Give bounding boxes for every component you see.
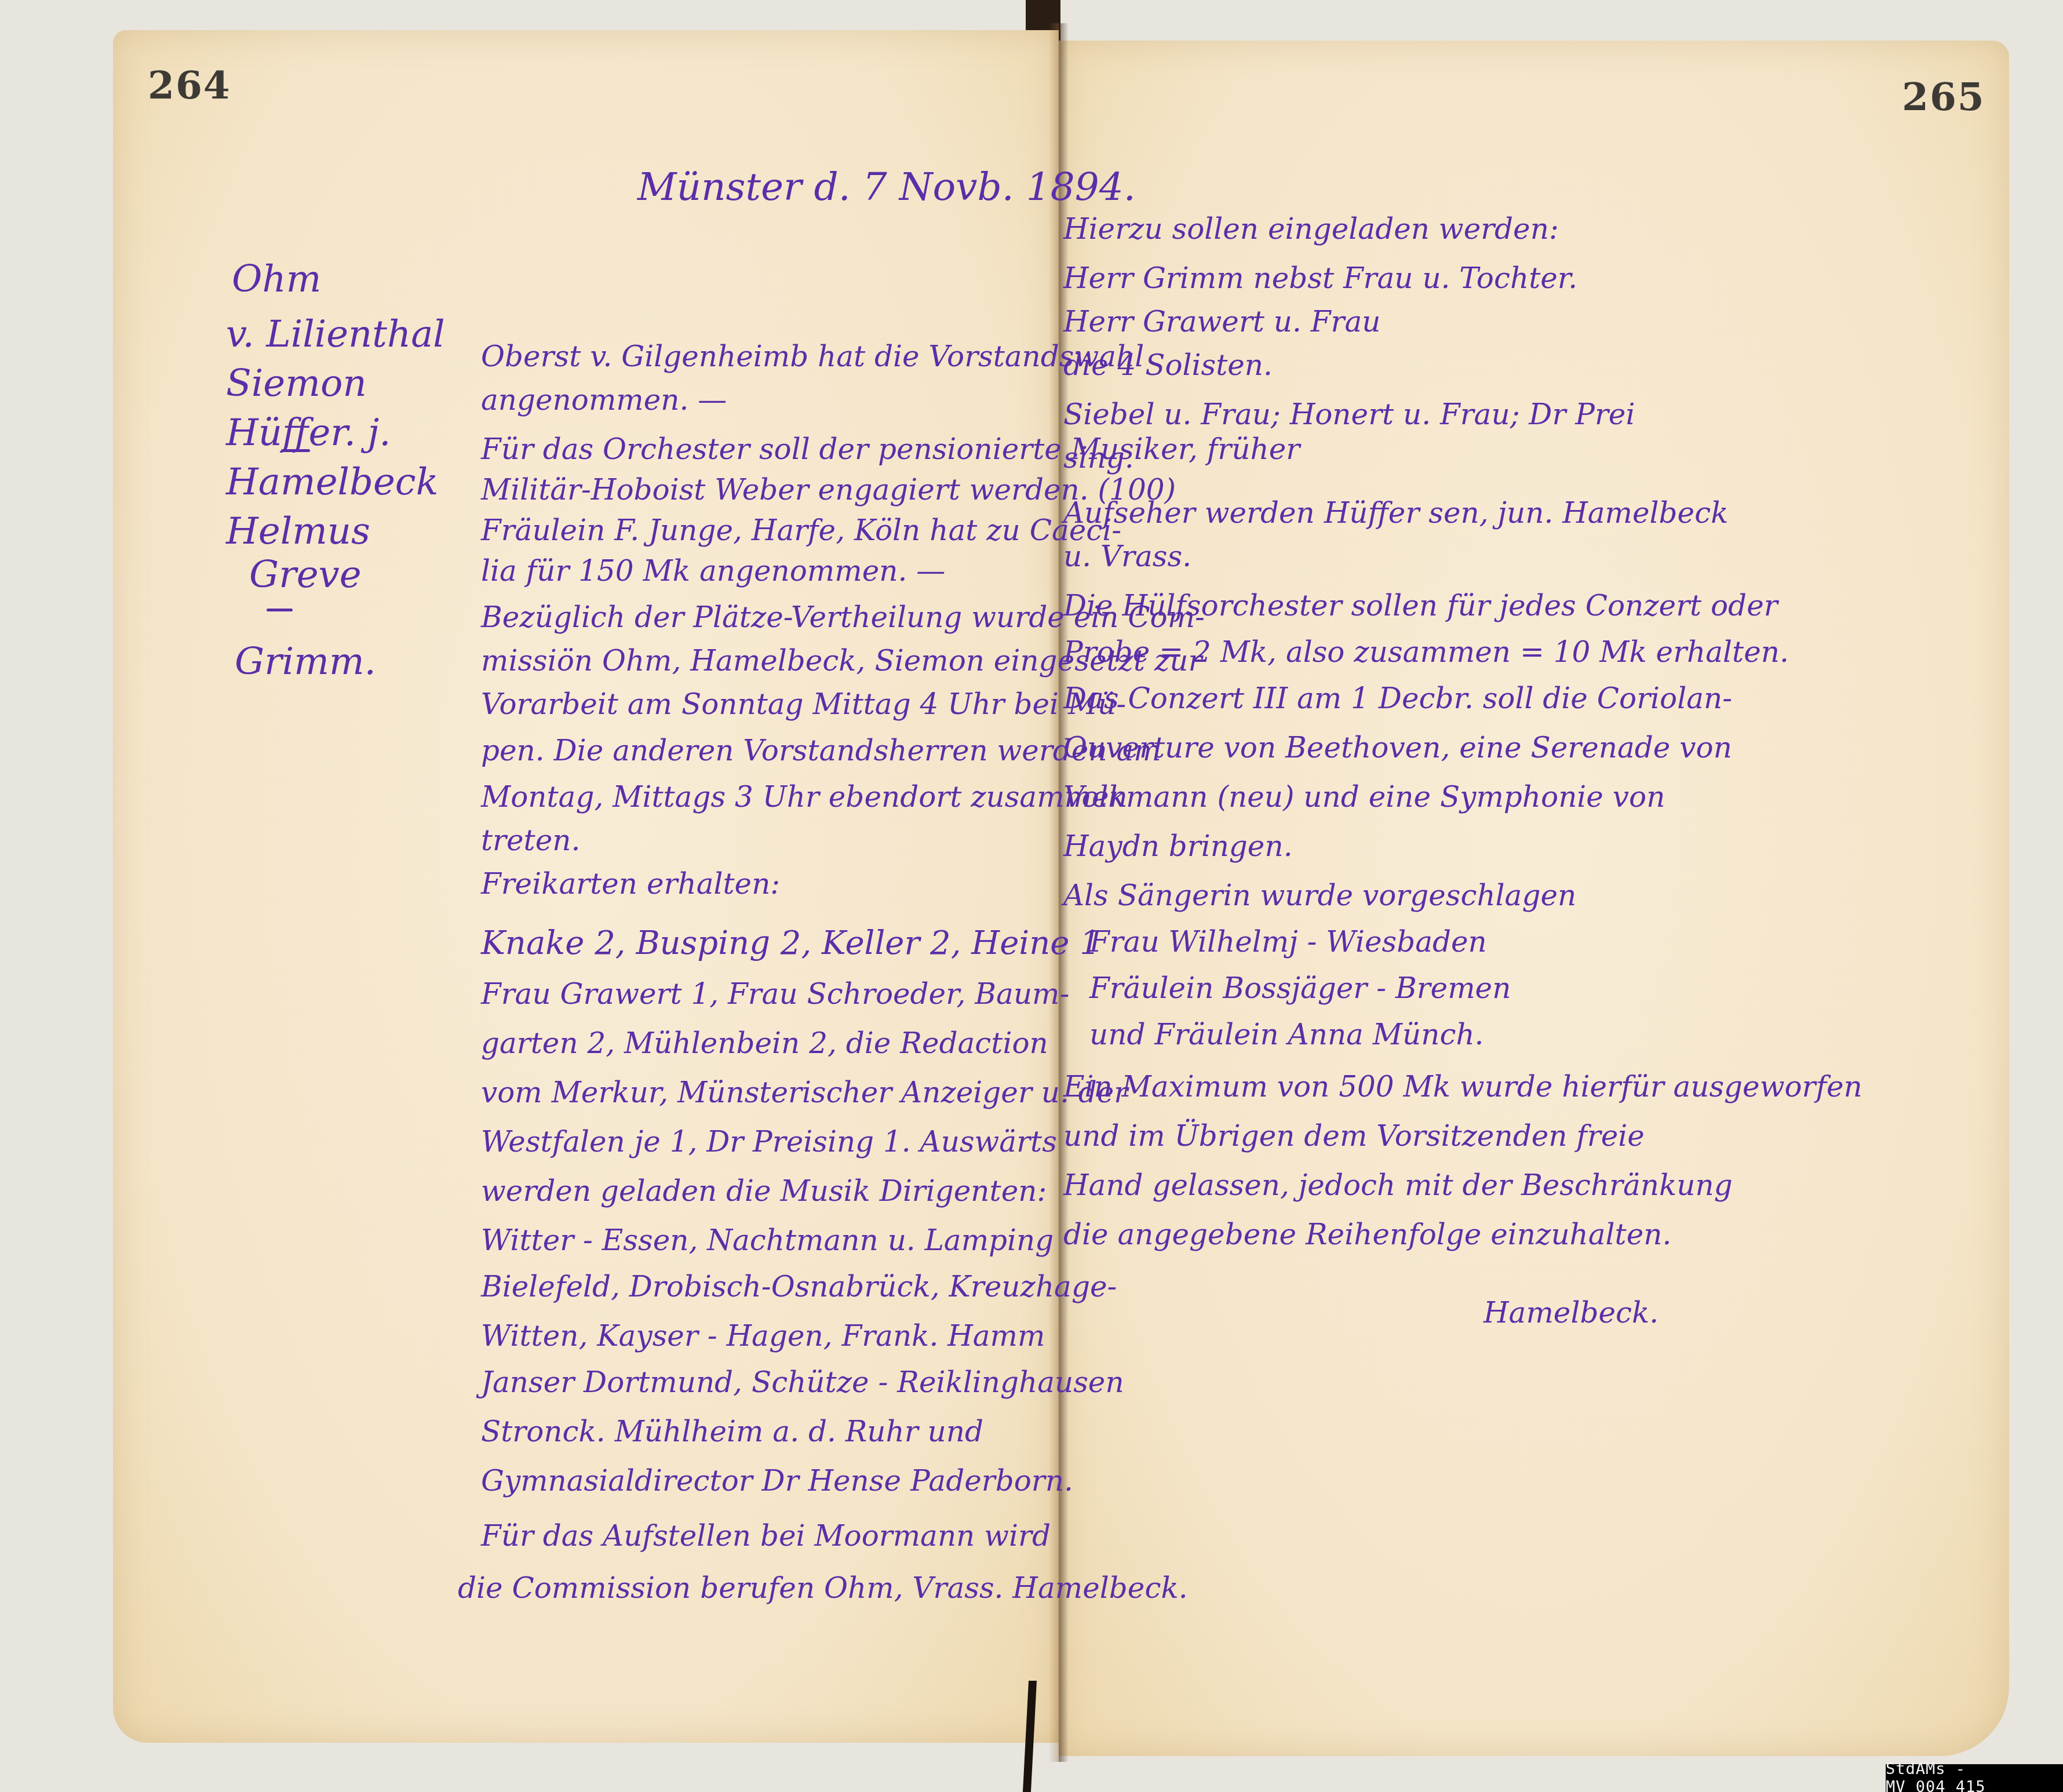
text-line: sing. [1063,443,1134,472]
text-line: Volkmann (neu) und eine Symphonie von [1063,782,1665,811]
text-line: Vorarbeit am Sonntag Mittag 4 Uhr bei Mü… [481,690,1126,719]
text-line: Knake 2, Busping 2, Keller 2, Heine 1 [481,927,1100,960]
text-line: Westfalen je 1, Dr Preising 1. Auswärts [481,1127,1057,1156]
text-line: Fräulein Bossjäger - Bremen [1089,974,1511,1003]
text-line: Frau Grawert 1, Frau Schroeder, Baum- [481,979,1069,1008]
page-number-left: 264 [148,63,231,108]
archive-reference-label: StdAMs - MV_004_415 [1886,1764,2063,1792]
text-line: lia für 150 Mk angenommen. — [481,556,945,585]
text-line: Ouverture von Beethoven, eine Serenade v… [1063,733,1732,762]
text-line: und Fräulein Anna Münch. [1089,1020,1484,1049]
attendee-name: Siemon [226,365,367,402]
text-line: Hand gelassen, jedoch mit der Beschränku… [1063,1171,1733,1200]
text-line: Janser Dortmund, Schütze - Reiklinghause… [481,1368,1124,1397]
page-number-right: 265 [1902,74,1985,119]
text-line: Montag, Mittags 3 Uhr ebendort zusammen [481,782,1128,811]
underline-dash [281,449,310,452]
text-line: Das Conzert III am 1 Decbr. soll die Cor… [1063,684,1732,713]
text-line: Siebel u. Frau; Honert u. Frau; Dr Prei [1063,400,1635,429]
text-line: Für das Orchester soll der pensionierte … [481,435,1300,464]
text-line: Stronck. Mühlheim a. d. Ruhr und [481,1417,983,1446]
text-line: angenommen. — [481,385,727,414]
date-heading: Münster d. 7 Novb. 1894. [637,168,1136,206]
text-line: Ein Maximum von 500 Mk wurde hierfür aus… [1063,1072,1862,1101]
attendee-name: Ohm [232,261,321,298]
text-line: Gymnasialdirector Dr Hense Paderborn. [481,1466,1073,1495]
attendee-name: Greve [249,556,362,593]
signature: Hamelbeck. [1484,1298,1659,1327]
text-line: Aufseher werden Hüffer sen, jun. Hamelbe… [1063,498,1729,527]
text-line: Als Sängerin wurde vorgeschlagen [1063,881,1576,910]
text-line: werden geladen die Musik Dirigenten: [481,1177,1047,1205]
text-line: Frau Wilhelmj - Wiesbaden [1089,927,1487,956]
text-line: und im Übrigen dem Vorsitzenden freie [1063,1121,1645,1150]
underline-dash [267,609,293,611]
attendee-name: v. Lilienthal [226,316,445,353]
attendee-name: Hamelbeck [226,464,438,501]
text-line: Haydn bringen. [1063,832,1293,861]
text-line: Die Hülfsorchester sollen für jedes Conz… [1063,591,1778,620]
text-line: pen. Die anderen Vorstandsherren werden … [481,736,1161,765]
text-line: Herr Grawert u. Frau [1063,307,1380,336]
text-line: Für das Aufstellen bei Moormann wird [481,1521,1051,1550]
text-line: u. Vrass. [1063,542,1191,571]
text-line: die angegebene Reihenfolge einzuhalten. [1063,1220,1671,1249]
text-line: Oberst v. Gilgenheimb hat die Vorstandsw… [481,342,1144,371]
attendee-name: Hüffer. j. [226,414,391,451]
text-line: Hierzu sollen eingeladen werden: [1063,214,1559,243]
text-line: Freikarten erhalten: [481,869,780,898]
text-line: Probe = 2 Mk, also zusammen = 10 Mk erha… [1063,638,1789,666]
text-line: Fräulein F. Junge, Harfe, Köln hat zu Ca… [481,516,1121,545]
text-line: Witter - Essen, Nachtmann u. Lamping [481,1226,1054,1255]
attendee-name: Grimm. [235,643,376,680]
text-line: Witten, Kayser - Hagen, Frank. Hamm [481,1321,1045,1350]
text-line: garten 2, Mühlenbein 2, die Redaction [481,1029,1048,1058]
attendee-name: Helmus [226,513,370,550]
text-line: vom Merkur, Münsterischer Anzeiger u. de… [481,1078,1128,1107]
text-line: treten. [481,826,580,855]
text-line: die Commission berufen Ohm, Vrass. Hamel… [458,1574,1188,1602]
text-line: Herr Grimm nebst Frau u. Tochter. [1063,264,1577,293]
text-line: Bielefeld, Drobisch-Osnabrück, Kreuzhage… [481,1272,1117,1301]
text-line: die 4 Solisten. [1063,351,1273,380]
